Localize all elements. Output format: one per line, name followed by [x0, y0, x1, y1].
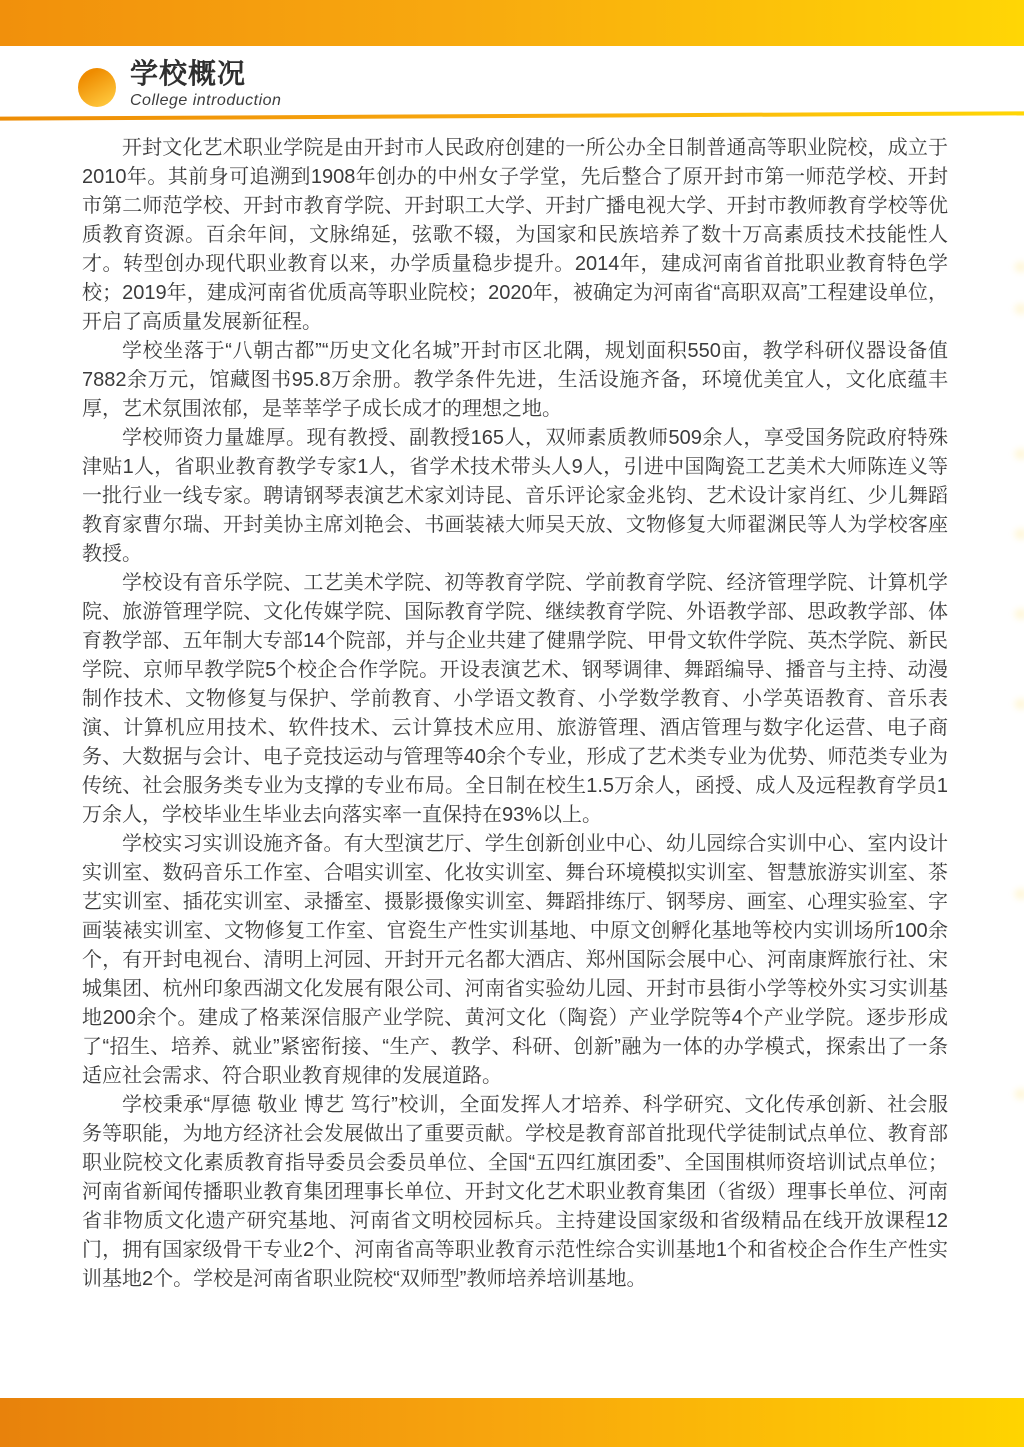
paragraph-schools-majors: 学校设有音乐学院、工艺美术学院、初等教育学院、学前教育学院、经济管理学院、计算机… [82, 569, 948, 830]
header-divider [0, 111, 1024, 120]
page-edge-artifact [1011, 300, 1024, 318]
brochure-page: 学校概况 College introduction 开封文化艺术职业学院是由开封… [0, 0, 1024, 1447]
paragraph-training-facilities: 学校实习实训设施齐备。有大型演艺厅、学生创新创业中心、幼儿园综合实训中心、室内设… [82, 830, 948, 1091]
page-header: 学校概况 College introduction [78, 58, 281, 110]
page-edge-artifact [1011, 258, 1024, 276]
paragraph-campus: 学校坐落于“八朝古都”“历史文化名城”开封市区北隅，规划面积550亩，教学科研仪… [82, 337, 948, 424]
paragraph-faculty: 学校师资力量雄厚。现有教授、副教授165人，双师素质教师509余人，享受国务院政… [82, 424, 948, 569]
paragraph-honors: 学校秉承“厚德 敬业 博艺 笃行”校训，全面发挥人才培养、科学研究、文化传承创新… [82, 1091, 948, 1294]
page-edge-artifact [1011, 605, 1024, 623]
section-bullet-icon [78, 68, 116, 107]
paragraph-history: 开封文化艺术职业学院是由开封市人民政府创建的一所公办全日制普通高等职业院校，成立… [82, 134, 948, 337]
header-titles: 学校概况 College introduction [130, 58, 281, 110]
page-edge-artifact [1011, 695, 1024, 713]
page-edge-artifact [1011, 1085, 1024, 1103]
bottom-banner-bar [0, 1398, 1024, 1447]
page-title: 学校概况 [130, 58, 281, 90]
page-edge-artifact [1011, 445, 1024, 463]
page-edge-artifact [1011, 885, 1024, 903]
page-edge-artifact [1011, 525, 1024, 543]
top-banner-bar [0, 0, 1024, 46]
page-subtitle: College introduction [130, 92, 281, 110]
document-body: 开封文化艺术职业学院是由开封市人民政府创建的一所公办全日制普通高等职业院校，成立… [82, 134, 948, 1294]
